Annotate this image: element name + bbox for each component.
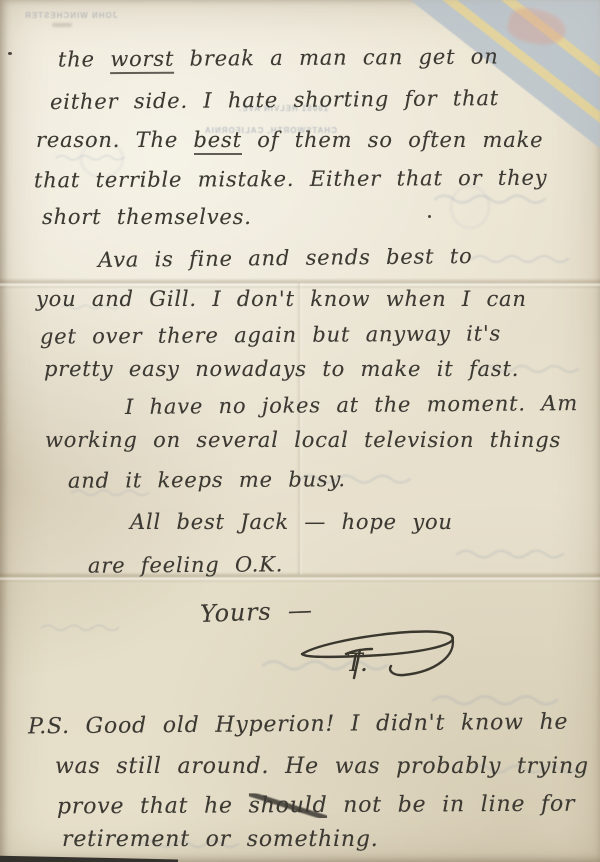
bleedthrough-smudge — [52, 23, 72, 27]
handwriting-line: the worst break a man can get on — [58, 44, 499, 71]
line-text: P.S. Good old Hyperion! I didn't know he — [28, 710, 569, 740]
line-text: not be in line for — [327, 792, 575, 818]
handwriting-line: either side. I hate shorting for that — [50, 86, 499, 114]
line-text: Ava is fine and sends best to — [98, 244, 473, 272]
ink-speck — [428, 215, 431, 218]
line-text: retirement or something. — [62, 827, 379, 852]
line-text: the — [58, 47, 110, 71]
line-text: All best Jack — hope you — [130, 510, 453, 534]
line-text: working on several local television thin… — [45, 428, 561, 452]
line-text: of them so often make — [242, 128, 544, 152]
underlined-word: worst — [110, 47, 174, 74]
line-text: short themselves. — [42, 205, 252, 229]
signature-flourish — [288, 618, 468, 698]
bleedthrough-circle — [450, 185, 490, 229]
bleedthrough-handwriting — [470, 250, 570, 266]
bleedthrough-handwriting — [430, 190, 550, 206]
struck-word: should — [249, 793, 328, 818]
handwriting-line: are feeling O.K. — [88, 552, 283, 577]
line-text: and it keeps me busy. — [68, 467, 346, 492]
handwriting-line: short themselves. — [42, 205, 252, 229]
line-text: pretty easy nowadays to make it fast. — [44, 357, 519, 381]
signature-initial: T. — [346, 648, 369, 677]
handwriting-line: All best Jack — hope you — [130, 510, 453, 534]
handwriting-line-ps: was still around. He was probably trying… — [55, 754, 600, 779]
underlined-word: best — [194, 128, 242, 155]
line-text: get over there again but anyway it's — [40, 321, 501, 348]
line-text: you and Gill. I don't know when I can — [36, 287, 527, 311]
scan-edge-shadow — [0, 853, 178, 862]
line-text: was still around. He was probably trying… — [55, 754, 600, 779]
handwriting-line-ps: retirement or something. — [62, 827, 379, 852]
bleedthrough-handwriting — [455, 545, 565, 561]
handwriting-line: working on several local television thin… — [45, 428, 561, 452]
line-text: prove that he — [57, 793, 249, 819]
line-text: break a man can get on — [174, 44, 499, 70]
handwriting-line-ps: prove that he should not be in line for — [57, 792, 575, 820]
line-text: either side. I hate shorting for that — [50, 86, 499, 114]
line-text: I have no jokes at the moment. Am — [125, 391, 578, 419]
handwriting-line: I have no jokes at the moment. Am — [125, 391, 578, 419]
line-text: are feeling O.K. — [88, 552, 283, 577]
handwriting-line-ps: P.S. Good old Hyperion! I didn't know he — [28, 710, 569, 740]
ink-speck — [8, 52, 12, 55]
handwriting-line: that terrible mistake. Either that or th… — [34, 166, 547, 193]
handwriting-line: you and Gill. I don't know when I can — [36, 287, 527, 311]
handwriting-line: pretty easy nowadays to make it fast. — [44, 357, 519, 381]
handwriting-line: reason. The best of them so often make — [36, 128, 543, 152]
line-text: that terrible mistake. Either that or th… — [34, 166, 547, 193]
bleedthrough-handwriting — [40, 620, 120, 634]
bleedthrough-sender-name-text: JOHN WINCHESTER — [24, 11, 117, 20]
line-text: reason. The — [36, 128, 194, 152]
handwriting-line: get over there again but anyway it's — [40, 321, 501, 348]
bleedthrough-sender-name: JOHN WINCHESTER — [24, 11, 117, 20]
handwriting-line: and it keeps me busy. — [68, 467, 346, 492]
letter-page: JOHN WINCHESTER 10051 HELVIN AVE. CHATSW… — [0, 0, 600, 862]
handwriting-line: Ava is fine and sends best to — [98, 244, 473, 272]
